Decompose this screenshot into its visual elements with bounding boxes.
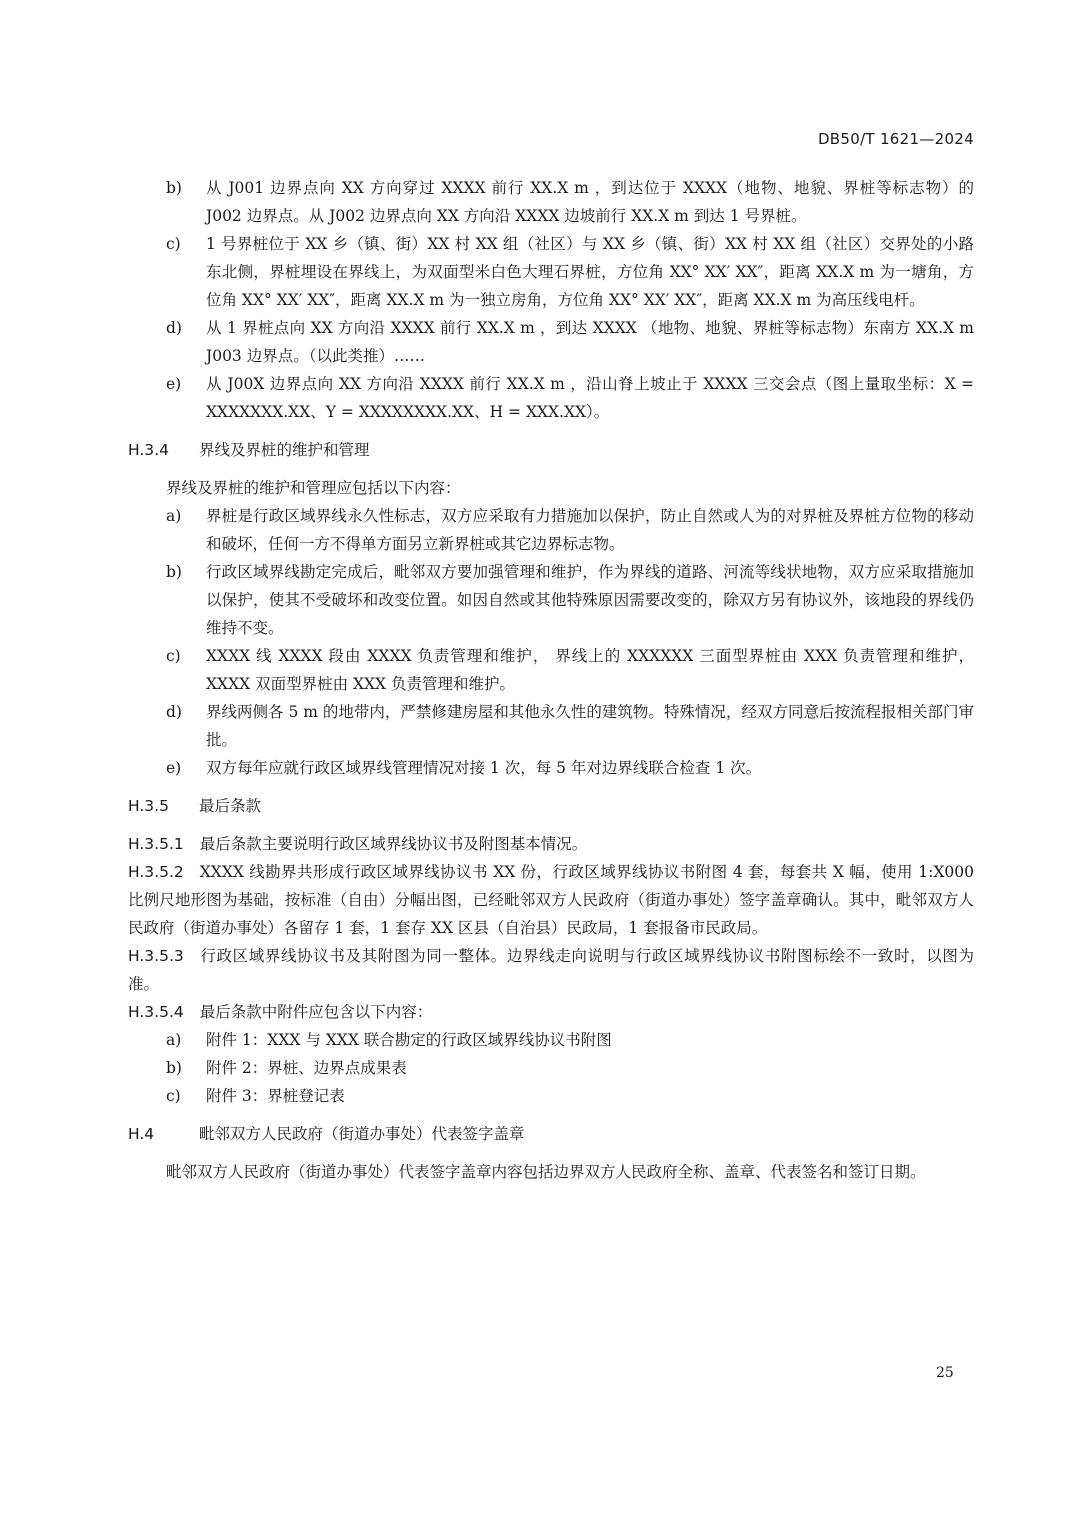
clause-number: H.3.5.4 (128, 998, 184, 1026)
list-text: 附件 2：界桩、边界点成果表 (206, 1059, 407, 1077)
clause-number: H.3.5.3 (128, 942, 184, 970)
page-number: 25 (936, 1365, 954, 1381)
list-item: a) 附件 1：XXX 与 XXX 联合勘定的行政区域界线协议书附图 (128, 1026, 974, 1054)
list-marker: a) (166, 1026, 181, 1054)
document-body: b) 从 J001 边界点向 XX 方向穿过 XXXX 前行 XX.X m ，到… (128, 174, 974, 1186)
list-marker: c) (166, 642, 181, 670)
clause-number: H.3.5.2 (128, 858, 184, 886)
list-text: 附件 3：界桩登记表 (206, 1087, 345, 1105)
list-item: d) 从 1 界桩点向 XX 方向沿 XXXX 前行 XX.X m ，到达 XX… (128, 314, 974, 370)
clause-text: 最后条款主要说明行政区域界线协议书及附图基本情况。 (200, 835, 588, 853)
list-marker: c) (166, 230, 181, 258)
list-item: b) 行政区域界线勘定完成后，毗邻双方要加强管理和维护，作为界线的道路、河流等线… (128, 558, 974, 642)
list-item: c) 附件 3：界桩登记表 (128, 1082, 974, 1110)
list-marker: b) (166, 558, 182, 586)
section-title: 最后条款 (199, 797, 261, 815)
list-text: XXXX 线 XXXX 段由 XXXX 负责管理和维护， 界线上的 XXXXXX… (206, 647, 974, 693)
list-marker: c) (166, 1082, 181, 1110)
clause-h353: H.3.5.3行政区域界线协议书及其附图为同一整体。边界线走向说明与行政区域界线… (128, 942, 974, 998)
list-item: e) 从 J00X 边界点向 XX 方向沿 XXXX 前行 XX.X m ，沿山… (128, 370, 974, 426)
list-item: a) 界桩是行政区域界线永久性标志，双方应采取有力措施加以保护，防止自然或人为的… (128, 502, 974, 558)
list-item: c) XXXX 线 XXXX 段由 XXXX 负责管理和维护， 界线上的 XXX… (128, 642, 974, 698)
list-text: 从 1 界桩点向 XX 方向沿 XXXX 前行 XX.X m ，到达 XXXX … (206, 319, 974, 365)
list-marker: e) (166, 754, 181, 782)
clause-h352: H.3.5.2XXXX 线勘界共形成行政区域界线协议书 XX 份，行政区域界线协… (128, 858, 974, 942)
section-intro: 界线及界桩的维护和管理应包括以下内容： (128, 474, 974, 502)
section-title: 界线及界桩的维护和管理 (199, 441, 370, 459)
clause-h354: H.3.5.4最后条款中附件应包含以下内容： (128, 998, 974, 1026)
list-text: 界线两侧各 5 m 的地带内，严禁修建房屋和其他永久性的建筑物。特殊情况，经双方… (206, 703, 974, 749)
list-item: c) 1 号界桩位于 XX 乡（镇、街）XX 村 XX 组（社区）与 XX 乡（… (128, 230, 974, 314)
list-text: 界桩是行政区域界线永久性标志，双方应采取有力措施加以保护，防止自然或人为的对界桩… (206, 507, 974, 553)
section-number: H.3.5 (128, 792, 194, 820)
list-text: 双方每年应就行政区域界线管理情况对接 1 次，每 5 年对边界线联合检查 1 次… (206, 759, 761, 777)
attachment-list: a) 附件 1：XXX 与 XXX 联合勘定的行政区域界线协议书附图 b) 附件… (128, 1026, 974, 1110)
section-heading-h4: H.4 毗邻双方人民政府（街道办事处）代表签字盖章 (128, 1120, 974, 1148)
list-marker: e) (166, 370, 181, 398)
list-text: 行政区域界线勘定完成后，毗邻双方要加强管理和维护，作为界线的道路、河流等线状地物… (206, 563, 974, 637)
boundary-description-list: b) 从 J001 边界点向 XX 方向穿过 XXXX 前行 XX.X m ，到… (128, 174, 974, 426)
list-marker: d) (166, 314, 182, 342)
list-item: d) 界线两侧各 5 m 的地带内，严禁修建房屋和其他永久性的建筑物。特殊情况，… (128, 698, 974, 754)
standard-code: DB50/T 1621—2024 (818, 130, 974, 148)
list-item: e) 双方每年应就行政区域界线管理情况对接 1 次，每 5 年对边界线联合检查 … (128, 754, 974, 782)
list-text: 从 J001 边界点向 XX 方向穿过 XXXX 前行 XX.X m ，到达位于… (206, 179, 974, 225)
clause-number: H.3.5.1 (128, 830, 184, 858)
section-number: H.3.4 (128, 436, 194, 464)
list-item: b) 从 J001 边界点向 XX 方向穿过 XXXX 前行 XX.X m ，到… (128, 174, 974, 230)
list-marker: b) (166, 174, 182, 202)
section-heading-h34: H.3.4 界线及界桩的维护和管理 (128, 436, 974, 464)
list-text: 1 号界桩位于 XX 乡（镇、街）XX 村 XX 组（社区）与 XX 乡（镇、街… (206, 235, 974, 309)
list-marker: b) (166, 1054, 182, 1082)
clause-text: 最后条款中附件应包含以下内容： (200, 1003, 433, 1021)
clause-h351: H.3.5.1最后条款主要说明行政区域界线协议书及附图基本情况。 (128, 830, 974, 858)
list-text: 从 J00X 边界点向 XX 方向沿 XXXX 前行 XX.X m ，沿山脊上坡… (206, 375, 974, 421)
section-number: H.4 (128, 1120, 194, 1148)
clause-text: 行政区域界线协议书及其附图为同一整体。边界线走向说明与行政区域界线协议书附图标绘… (128, 947, 974, 993)
section-title: 毗邻双方人民政府（街道办事处）代表签字盖章 (199, 1125, 525, 1143)
list-marker: d) (166, 698, 182, 726)
maintenance-list: a) 界桩是行政区域界线永久性标志，双方应采取有力措施加以保护，防止自然或人为的… (128, 502, 974, 782)
clause-text: XXXX 线勘界共形成行政区域界线协议书 XX 份，行政区域界线协议书附图 4 … (128, 863, 974, 937)
section-heading-h35: H.3.5 最后条款 (128, 792, 974, 820)
section-h4-text: 毗邻双方人民政府（街道办事处）代表签字盖章内容包括边界双方人民政府全称、盖章、代… (128, 1158, 974, 1186)
list-item: b) 附件 2：界桩、边界点成果表 (128, 1054, 974, 1082)
list-marker: a) (166, 502, 181, 530)
list-text: 附件 1：XXX 与 XXX 联合勘定的行政区域界线协议书附图 (206, 1031, 612, 1049)
